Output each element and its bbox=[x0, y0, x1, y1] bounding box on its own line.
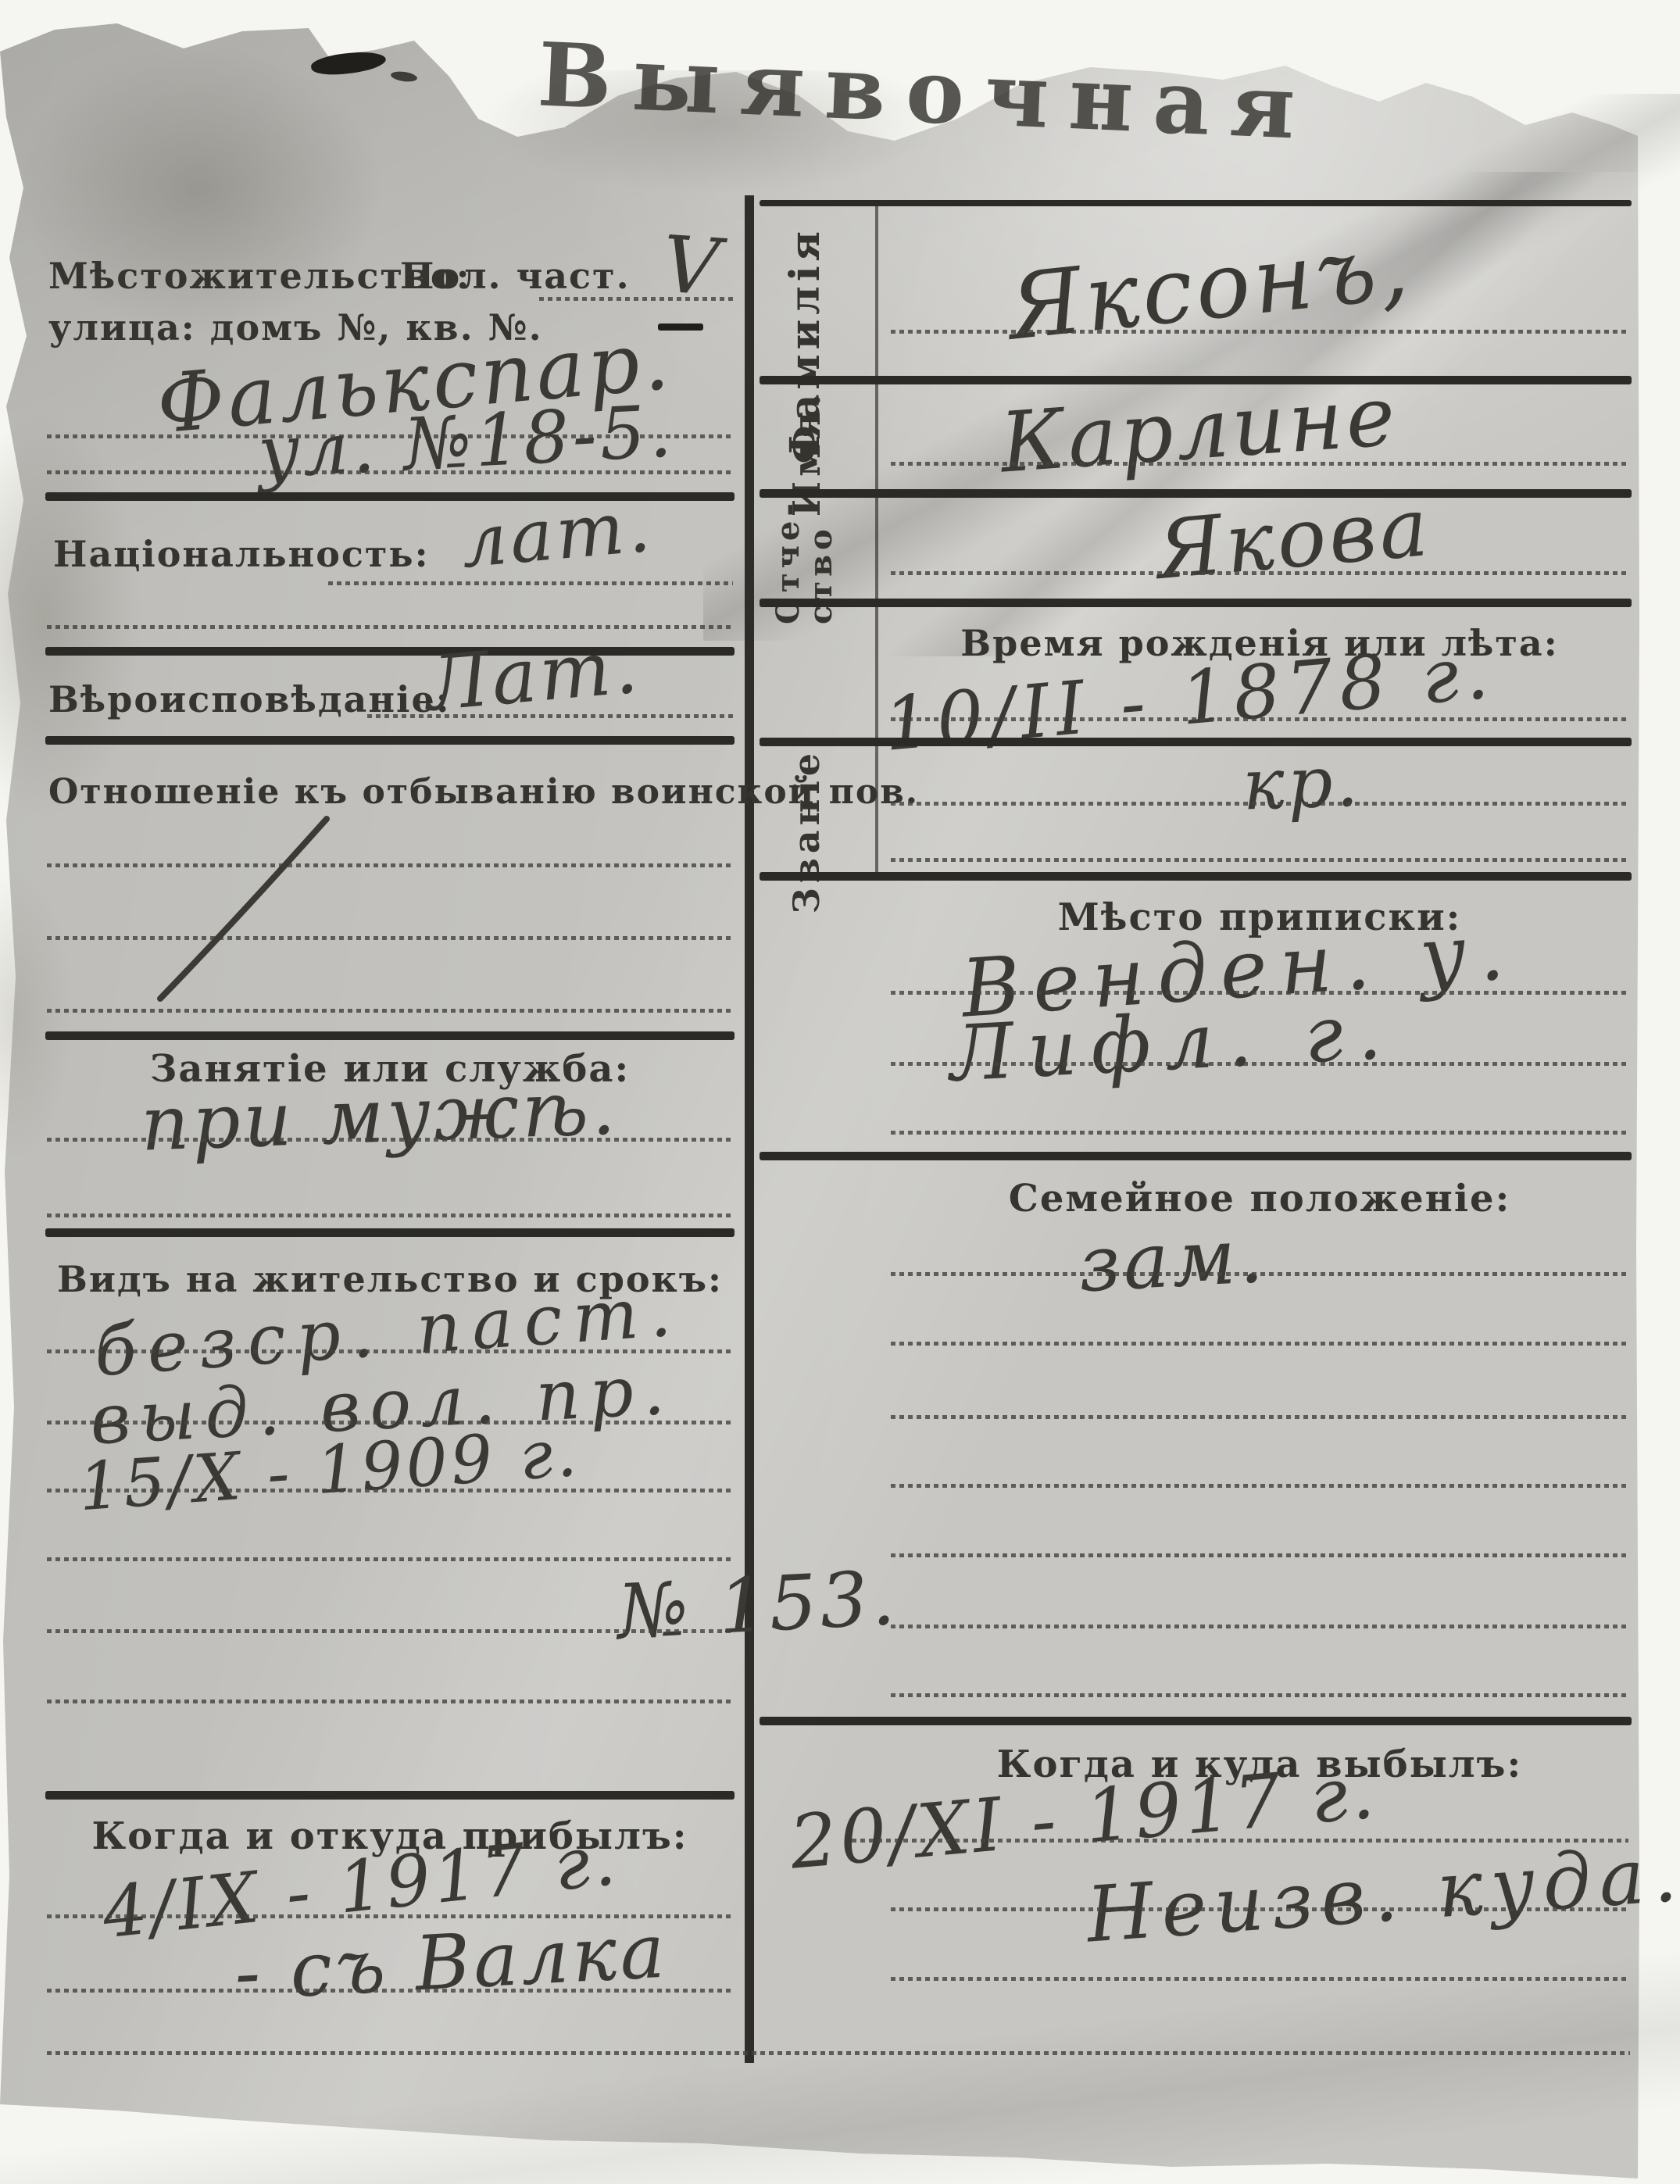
dotted-line bbox=[891, 462, 1628, 466]
dotted-line bbox=[891, 1062, 1628, 1066]
dotted-line bbox=[891, 330, 1628, 334]
dotted-line bbox=[47, 1700, 733, 1703]
dotted-line bbox=[891, 1553, 1628, 1557]
dotted-line bbox=[891, 1272, 1628, 1276]
dotted-line bbox=[47, 1489, 733, 1492]
section-rule bbox=[760, 1717, 1632, 1725]
section-rule bbox=[760, 599, 1632, 607]
dotted-line bbox=[47, 2051, 1630, 2055]
dotted-line bbox=[891, 858, 1628, 862]
dotted-line bbox=[47, 1629, 733, 1633]
dotted-line bbox=[891, 1415, 1628, 1419]
dotted-line bbox=[47, 1421, 733, 1424]
dotted-line bbox=[891, 717, 1628, 721]
rank-label: Званіе bbox=[788, 749, 825, 913]
dotted-line bbox=[891, 1131, 1628, 1135]
dotted-line bbox=[891, 1977, 1628, 1981]
dotted-line bbox=[891, 1342, 1628, 1346]
section-rule bbox=[45, 1791, 735, 1800]
section-rule bbox=[760, 489, 1632, 498]
section-rule bbox=[45, 1031, 735, 1040]
section-rule bbox=[760, 738, 1632, 746]
dotted-line bbox=[891, 1907, 1628, 1911]
section-rule bbox=[760, 200, 1632, 206]
dotted-line bbox=[891, 802, 1628, 806]
patronymic-label-line2: ство bbox=[802, 524, 839, 624]
dotted-line bbox=[47, 1989, 733, 1993]
family-status-value: зам. bbox=[1076, 1211, 1268, 1310]
dotted-line bbox=[47, 1214, 733, 1217]
dotted-line bbox=[47, 1557, 733, 1561]
dotted-line bbox=[891, 571, 1628, 575]
dotted-line bbox=[891, 1625, 1628, 1628]
section-rule bbox=[45, 1228, 735, 1237]
dotted-line bbox=[891, 1484, 1628, 1488]
occupation-value: при мужѣ. bbox=[139, 1063, 620, 1167]
permit-number: № 153. bbox=[615, 1554, 899, 1657]
dotted-line bbox=[47, 1138, 733, 1142]
scanner-background: { "title": "Выявочная", "left": { "resid… bbox=[0, 0, 1680, 2184]
rank-value: кр. bbox=[1241, 740, 1363, 826]
section-rule bbox=[760, 1152, 1632, 1160]
dotted-line bbox=[891, 1693, 1628, 1697]
section-rule bbox=[760, 872, 1632, 881]
